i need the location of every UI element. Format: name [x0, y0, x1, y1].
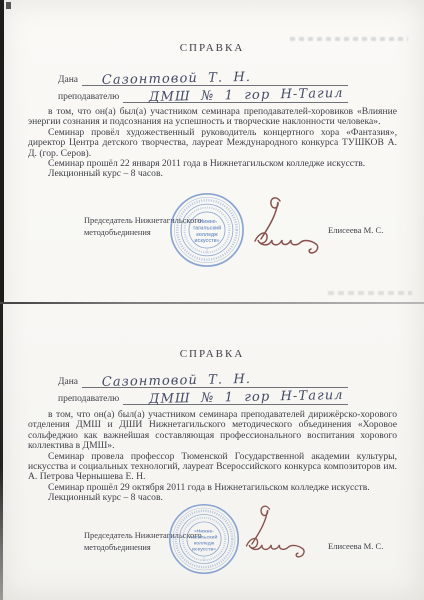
svg-text:искусств»: искусств» [194, 238, 219, 244]
scan-edge-strip [0, 0, 4, 302]
underline-fill: ДМШ № 1 гор Н-Тагил [123, 387, 348, 405]
underline-fill: ДМШ № 1 гор Н-Тагил [123, 85, 348, 103]
underline-fill: Сазонтовой Т. Н. [82, 370, 348, 388]
given-to-field: Дана Сазонтовой Т. Н. [58, 371, 348, 388]
svg-text:колледж: колледж [194, 542, 215, 547]
certificate-body: в том, что он(а) был(а) участником семин… [28, 410, 397, 504]
teacher-label: преподавателю [58, 394, 119, 405]
teacher-handwriting: ДМШ № 1 гор Н-Тагил [149, 388, 344, 407]
teacher-field: преподавателю ДМШ № 1 гор Н-Тагил [58, 86, 348, 103]
svg-text:тагильский: тагильский [191, 534, 218, 541]
given-label: Дана [58, 377, 78, 388]
signer-name: Елисеева М. С. [328, 225, 383, 235]
scan-divider [0, 302, 424, 304]
signer-name: Елисеева М. С. [328, 541, 383, 551]
svg-text:тагильский: тагильский [193, 225, 221, 232]
svg-text:колледж: колледж [196, 232, 218, 238]
body-paragraph: Семинар провела профессор Тюменской Госу… [28, 452, 397, 483]
svg-text:искусств»: искусств» [192, 548, 216, 553]
svg-text::: : [203, 556, 205, 562]
teacher-handwriting: ДМШ № 1 гор Н-Тагил [149, 86, 344, 105]
svg-text:«Нижне-: «Нижне- [197, 219, 218, 225]
underline-fill: Сазонтовой Т. Н. [82, 68, 348, 86]
certificate-bottom: СПРАВКА Дана Сазонтовой Т. Н. преподават… [0, 304, 424, 600]
body-paragraph: Лекционный курс – 8 часов. [28, 169, 397, 179]
teacher-label: преподавателю [58, 92, 119, 103]
certificate-top: СПРАВКА Дана Сазонтовой Т. Н. преподават… [0, 0, 424, 302]
scan-edge-strip [0, 304, 3, 600]
body-paragraph: в том, что он(а) был(а) участником семин… [28, 410, 397, 452]
certificate-title: СПРАВКА [0, 42, 424, 54]
certificate-body: в том, что он(а) был(а) участником семин… [28, 107, 397, 180]
scan-corner-mark [6, 2, 11, 9]
body-paragraph: Семинар провёл художественный руководите… [28, 128, 397, 159]
signature-ink [218, 503, 308, 563]
certificate-title: СПРАВКА [0, 348, 424, 360]
svg-text:«Нижне-: «Нижне- [194, 529, 214, 535]
teacher-field: преподавателю ДМШ № 1 гор Н-Тагил [58, 388, 348, 405]
given-label: Дана [58, 75, 78, 86]
svg-text::: : [206, 248, 208, 254]
body-paragraph: в том, что он(а) был(а) участником семин… [28, 107, 397, 128]
given-to-field: Дана Сазонтовой Т. Н. [58, 69, 348, 86]
signature-ink [224, 195, 322, 259]
scanned-document-page: СПРАВКА Дана Сазонтовой Т. Н. преподават… [0, 0, 424, 600]
